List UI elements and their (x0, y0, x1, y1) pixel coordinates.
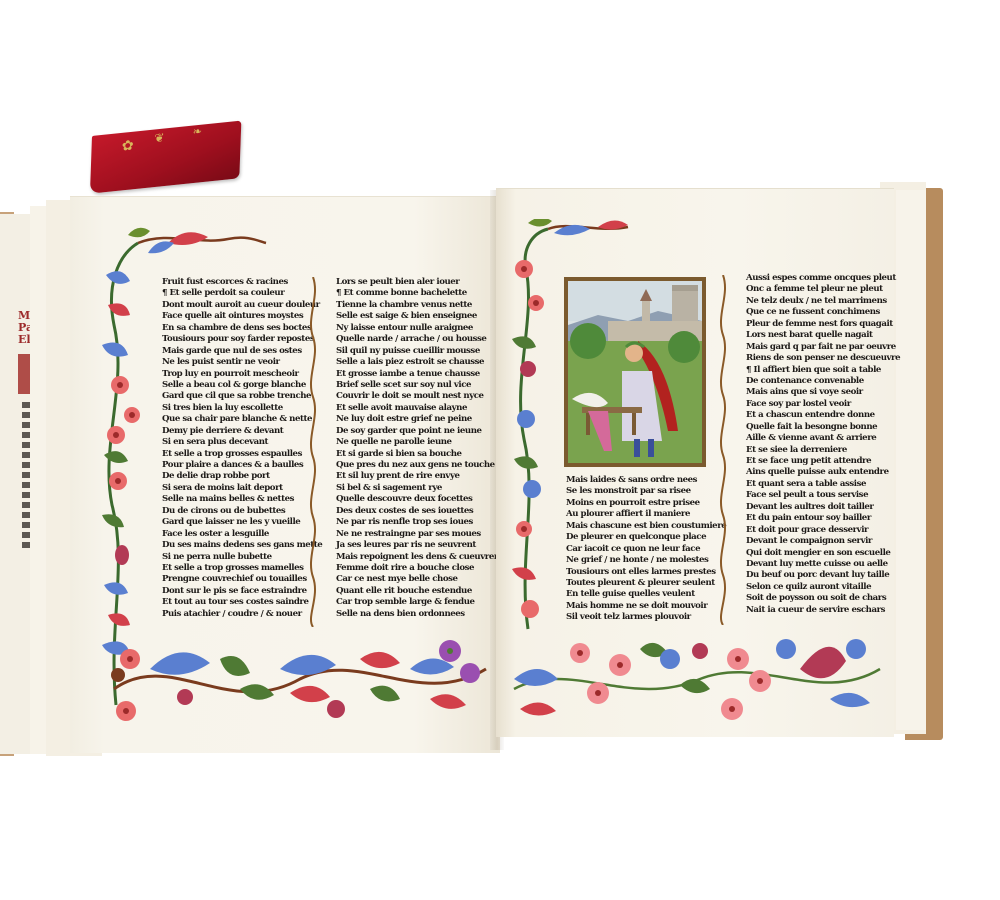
verse-line: Du ses mains dedens ses gans mette (162, 540, 322, 551)
verse-line: Moins en pourroit estre prisee (566, 498, 726, 509)
left-page: Fruit fust escorces & racines ¶ Et selle… (70, 196, 500, 753)
verse-line: Que pres du nez aux gens ne touche (336, 460, 503, 471)
verse-column-left-1: Fruit fust escorces & racines ¶ Et selle… (162, 277, 322, 620)
verse-line: Sil quil ny puisse cueillir mousse (336, 346, 503, 357)
verse-line: Ains quelle puisse aulx entendre (746, 467, 900, 478)
vine-separator-icon (716, 275, 730, 625)
vine-separator-icon (306, 277, 320, 627)
verse-line: Lors nest barat quelle nagait (746, 330, 900, 341)
verse-line: Mais homme ne se doit mouvoir (566, 601, 726, 612)
verse-line: Trop luy en pourroit mescheoir (162, 369, 322, 380)
verse-line: Ne telz deulx / ne tel marrimens (746, 296, 900, 307)
miniature-painting (564, 277, 706, 467)
verse-line: Qui doit mengier en son escuelle (746, 548, 900, 559)
verse-line: Car ce nest mye belle chose (336, 574, 503, 585)
verse-line: Tienne la chambre venus nette (336, 300, 503, 311)
verse-line: Gard que laisser ne les y vueille (162, 517, 322, 528)
verse-line: Ne les puist sentir ne veoir (162, 357, 322, 368)
verse-line: Et tout au tour ses costes saindre (162, 597, 322, 608)
verse-line: Riens de son penser ne descueuvre (746, 353, 900, 364)
winged-figure-illustration-icon (568, 281, 702, 463)
verse-line: Lors se peult bien aler iouer (336, 277, 503, 288)
text-fragment (22, 402, 30, 552)
verse-line: Ny laisse entour nulle araignee (336, 323, 503, 334)
verse-line: Et si garde si bien sa bouche (336, 449, 503, 460)
verse-line: Quelle descouvre deux focettes (336, 494, 503, 505)
verse-line: Que sa chair pare blanche & nette (162, 414, 322, 425)
verse-line: Et se siee la derreniere (746, 445, 900, 456)
verse-line: Dont sur le pis se face estraindre (162, 586, 322, 597)
verse-line: Quant elle rit bouche estendue (336, 586, 503, 597)
verse-line: Nait ia cueur de servire eschars (746, 605, 900, 616)
verse-line: ¶ Et selle perdoit sa couleur (162, 288, 322, 299)
miniature-scene (568, 281, 702, 463)
verse-line: Mais laides & sans ordre nees (566, 475, 726, 486)
verse-line: Onc a femme tel pleur ne pleut (746, 284, 900, 295)
verse-line: Et selle a trop grosses mamelles (162, 563, 322, 574)
verse-line: Devant le compaignon servir (746, 536, 900, 547)
floral-border-bottom-icon (510, 629, 890, 725)
verse-line: Si bel & si sagement rye (336, 483, 503, 494)
verse-line: Et selle avoit mauvaise alayne (336, 403, 503, 414)
verse-line: Mais chascune est bien coustumiere (566, 521, 726, 532)
gold-scroll-ornament-icon: ❧ (192, 125, 202, 139)
verse-line: Demy pie derriere & devant (162, 426, 322, 437)
gold-scroll-ornament-icon: ❦ (154, 130, 165, 145)
verse-line: ¶ Et comme bonne bachelette (336, 288, 503, 299)
verse-line: Que ce ne fussent conchimens (746, 307, 900, 318)
verse-line: Pleur de femme nest fors quagait (746, 319, 900, 330)
verse-line: De soy garder que point ne ieune (336, 426, 503, 437)
verse-line: Selle na dens bien ordonnees (336, 609, 503, 620)
verse-line: Se les monstroit par sa risee (566, 486, 726, 497)
verse-line: Ja ses leures par ris ne seuvrent (336, 540, 503, 551)
verse-line: Et selle a trop grosses espaulles (162, 449, 322, 460)
verse-line: De delie drap robbe port (162, 471, 322, 482)
verse-line: Et du pain entour soy bailler (746, 513, 900, 524)
verse-line: Ne luy doit estre grief ne peine (336, 414, 503, 425)
verse-line: Mais ains que si voye seoir (746, 387, 900, 398)
verse-line: En sa chambre de dens ses boctes (162, 323, 322, 334)
verse-line: Et grosse iambe a tenue chausse (336, 369, 503, 380)
verse-line: De contenance convenable (746, 376, 900, 387)
verse-line: En telle guise quelles veulent (566, 589, 726, 600)
verse-line: Tousiours pour soy farder repostes (162, 334, 322, 345)
verse-line: Face quelle ait ointures moystes (162, 311, 322, 322)
page-stack-right (896, 190, 926, 730)
verse-line: Selle est saige & bien enseignee (336, 311, 503, 322)
verse-line: Et a chascun entendre donne (746, 410, 900, 421)
verse-line: Pour plaire a dances & a baulles (162, 460, 322, 471)
verse-line: Car iacoit ce quon ne leur face (566, 544, 726, 555)
verse-line: Selle a beau col & gorge blanche (162, 380, 322, 391)
verse-line: Fruit fust escorces & racines (162, 277, 322, 288)
verse-line: De pleurer en quelconque place (566, 532, 726, 543)
verse-line: Femme doit rire a bouche close (336, 563, 503, 574)
verse-line: Face sel peult a tous servise (746, 490, 900, 501)
verse-line: Mais garde que nul de ses ostes (162, 346, 322, 357)
verse-line: Ne ne restraingne par ses moues (336, 529, 503, 540)
verse-line: Ne quelle ne parolle ieune (336, 437, 503, 448)
verse-line: Aille & vienne avant & arriere (746, 433, 900, 444)
floral-border-bottom-icon (110, 629, 490, 729)
verse-line: Selon ce quilz auront vitaille (746, 582, 900, 593)
verse-line: Mais repoignent les dens & cueuvrent (336, 552, 503, 563)
right-page: Mais laides & sans ordre nees Se les mon… (496, 188, 894, 737)
verse-line: Face les oster a lesguille (162, 529, 322, 540)
red-leather-book-cover: ✿ ❦ ❧ (90, 121, 241, 194)
verse-line: Gard que cil que sa robbe trenche (162, 391, 322, 402)
verse-line: Devant luy mette cuisse ou aelle (746, 559, 900, 570)
verse-line: Quelle fait la besongne bonne (746, 422, 900, 433)
verse-column-right-1: Mais laides & sans ordre nees Se les mon… (566, 475, 726, 624)
verse-line: Face soy par lostel veoir (746, 399, 900, 410)
verse-line: Et se face ung petit attendre (746, 456, 900, 467)
verse-line: Soit de poysson ou soit de chars (746, 593, 900, 604)
verse-line: Et quant sera a table assise (746, 479, 900, 490)
verse-line: Prengne couvrechief ou touailles (162, 574, 322, 585)
verse-line: Ne par ris nenfle trop ses ioues (336, 517, 503, 528)
verse-line: Du de cirons ou de bubettes (162, 506, 322, 517)
verse-line: Du beuf ou porc devant luy taille (746, 570, 900, 581)
verse-line: Selle a lais piez estroit se chausse (336, 357, 503, 368)
verse-line: Si en sera plus decevant (162, 437, 322, 448)
verse-column-right-2: Aussi espes comme oncques pleut Onc a fe… (746, 273, 900, 616)
verse-line: Et sil luy prent de rire envye (336, 471, 503, 482)
verse-line: Mais gard q par fait ne par oeuvre (746, 342, 900, 353)
verse-line: Tousiours ont elles larmes prestes (566, 567, 726, 578)
verse-line: Des deux costes de ses iouettes (336, 506, 503, 517)
verse-line: Quelle narde / arrache / ou housse (336, 334, 503, 345)
verse-line: Devant les aultres doit tailler (746, 502, 900, 513)
verse-line: Toutes pleurent & pleurer seulent (566, 578, 726, 589)
verse-line: Dont moult auroit au cueur douleur (162, 300, 322, 311)
verse-line: Aussi espes comme oncques pleut (746, 273, 900, 284)
verse-line: Ne grief / ne honte / ne molestes (566, 555, 726, 566)
gold-rosette-ornament-icon: ✿ (122, 138, 134, 155)
verse-line: Au plourer affiert il maniere (566, 509, 726, 520)
verse-line: Si tres bien la luy escollette (162, 403, 322, 414)
verse-column-left-2: Lors se peult bien aler iouer ¶ Et comme… (336, 277, 503, 620)
verse-line: Car trop semble large & fendue (336, 597, 503, 608)
verse-line: Couvrir le doit se moult nest nyce (336, 391, 503, 402)
verse-line: Puis atachier / coudre / & nouer (162, 609, 322, 620)
verse-line: Brief selle scet sur soy nul vice (336, 380, 503, 391)
verse-line: Selle na mains belles & nettes (162, 494, 322, 505)
verse-line: Sil veoit telz larmes plouvoir (566, 612, 726, 623)
verse-line: Si sera de moins lait deport (162, 483, 322, 494)
verse-line: Si ne perra nulle bubette (162, 552, 322, 563)
verse-line: ¶ Il affiert bien que soit a table (746, 365, 900, 376)
verse-line: Et doit pour grace desservir (746, 525, 900, 536)
